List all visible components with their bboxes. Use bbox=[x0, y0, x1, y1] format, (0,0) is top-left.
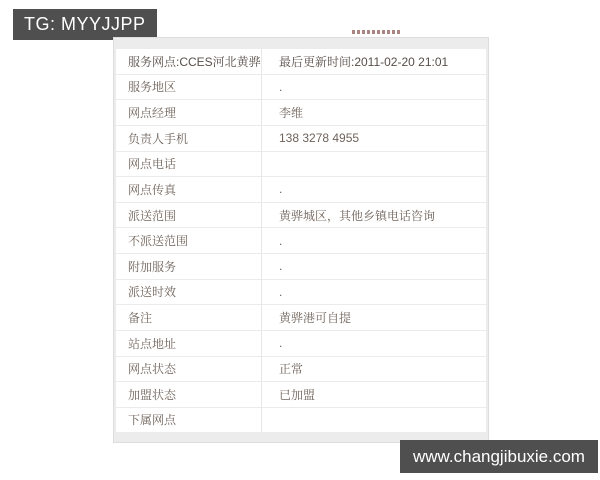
row-label-fax: 网点传真 bbox=[116, 177, 262, 203]
table-row: 下属网点 bbox=[116, 408, 486, 432]
row-value-no-delivery-scope: . bbox=[262, 228, 486, 254]
table-row: 不派送范围 . bbox=[116, 228, 486, 254]
service-point-panel: 服务网点:CCES河北黄骅 最后更新时间:2011-02-20 21:01 服务… bbox=[113, 37, 489, 443]
table-row: 网点传真 . bbox=[116, 177, 486, 203]
row-label-phone: 网点电话 bbox=[116, 152, 262, 178]
row-value-mobile: 138 3278 4955 bbox=[262, 126, 486, 152]
row-label-remarks: 备注 bbox=[116, 305, 262, 331]
row-value-delivery-time: . bbox=[262, 280, 486, 306]
cropped-page-title bbox=[352, 30, 400, 34]
row-value-delivery-scope: 黄骅城区，其他乡镇电话咨询 bbox=[262, 203, 486, 229]
row-value-site-address: . bbox=[262, 331, 486, 357]
table-row: 附加服务 . bbox=[116, 254, 486, 280]
site-watermark: www.changjibuxie.com bbox=[400, 440, 598, 473]
row-label-service-point: 服务网点:CCES河北黄骅 bbox=[116, 49, 262, 75]
row-value-phone bbox=[262, 152, 486, 178]
table-row: 网点经理 李维 bbox=[116, 100, 486, 126]
table-row: 网点状态 正常 bbox=[116, 357, 486, 383]
row-label-site-address: 站点地址 bbox=[116, 331, 262, 357]
table-row: 站点地址 . bbox=[116, 331, 486, 357]
row-label-service-area: 服务地区 bbox=[116, 75, 262, 101]
row-value-fax: . bbox=[262, 177, 486, 203]
row-value-manager: 李维 bbox=[262, 100, 486, 126]
row-value-franchise-status: 已加盟 bbox=[262, 382, 486, 408]
table-row: 服务网点:CCES河北黄骅 最后更新时间:2011-02-20 21:01 bbox=[116, 49, 486, 75]
table-row: 派送范围 黄骅城区，其他乡镇电话咨询 bbox=[116, 203, 486, 229]
row-value-service-area: . bbox=[262, 75, 486, 101]
table-row: 加盟状态 已加盟 bbox=[116, 382, 486, 408]
telegram-badge: TG: MYYJJPP bbox=[13, 9, 157, 40]
table-row: 负责人手机 138 3278 4955 bbox=[116, 126, 486, 152]
row-value-sub-outlets bbox=[262, 408, 486, 432]
row-label-extra-services: 附加服务 bbox=[116, 254, 262, 280]
row-label-mobile: 负责人手机 bbox=[116, 126, 262, 152]
table-row: 派送时效 . bbox=[116, 280, 486, 306]
row-value-last-updated: 最后更新时间:2011-02-20 21:01 bbox=[262, 49, 486, 75]
row-label-franchise-status: 加盟状态 bbox=[116, 382, 262, 408]
row-value-remarks: 黄骅港可自提 bbox=[262, 305, 486, 331]
row-label-no-delivery-scope: 不派送范围 bbox=[116, 228, 262, 254]
row-label-status: 网点状态 bbox=[116, 357, 262, 383]
service-point-table: 服务网点:CCES河北黄骅 最后更新时间:2011-02-20 21:01 服务… bbox=[116, 49, 486, 432]
row-value-status: 正常 bbox=[262, 357, 486, 383]
row-value-extra-services: . bbox=[262, 254, 486, 280]
row-label-delivery-time: 派送时效 bbox=[116, 280, 262, 306]
table-row: 备注 黄骅港可自提 bbox=[116, 305, 486, 331]
table-row: 服务地区 . bbox=[116, 75, 486, 101]
row-label-delivery-scope: 派送范围 bbox=[116, 203, 262, 229]
row-label-manager: 网点经理 bbox=[116, 100, 262, 126]
page: { "overlays": { "telegram_badge": "TG: M… bbox=[0, 0, 600, 480]
row-label-sub-outlets: 下属网点 bbox=[116, 408, 262, 432]
table-row: 网点电话 bbox=[116, 152, 486, 178]
